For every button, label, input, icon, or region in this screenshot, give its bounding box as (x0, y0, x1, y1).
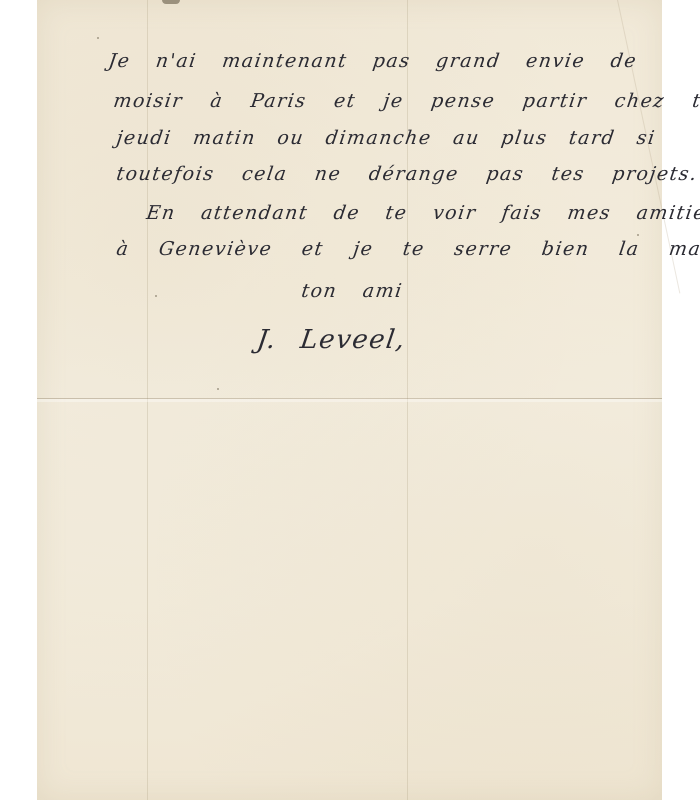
paper-speck (155, 295, 157, 297)
letter-line-1: Je n'ai maintenant pas grand envie de (107, 50, 639, 72)
paper-speck (637, 234, 639, 236)
letter-paper (37, 0, 662, 800)
letter-line-2: moisir à Paris et je pense partir chez t… (112, 90, 700, 112)
letter-line-5: En attendant de te voir fais mes amitiés (145, 202, 700, 224)
paper-speck (97, 37, 99, 39)
horizontal-fold-crease (37, 398, 662, 399)
letter-signature: J. Leveel, (255, 325, 408, 355)
paper-speck (217, 388, 219, 390)
letter-line-6: à Geneviève et je te serre bien la main. (115, 238, 700, 260)
letter-line-3: jeudi matin ou dimanche au plus tard si (115, 127, 657, 149)
letter-closing: ton ami (300, 280, 404, 302)
letter-line-4: toutefois cela ne dérange pas tes projet… (115, 163, 699, 185)
paper-tear-mark (162, 0, 180, 4)
